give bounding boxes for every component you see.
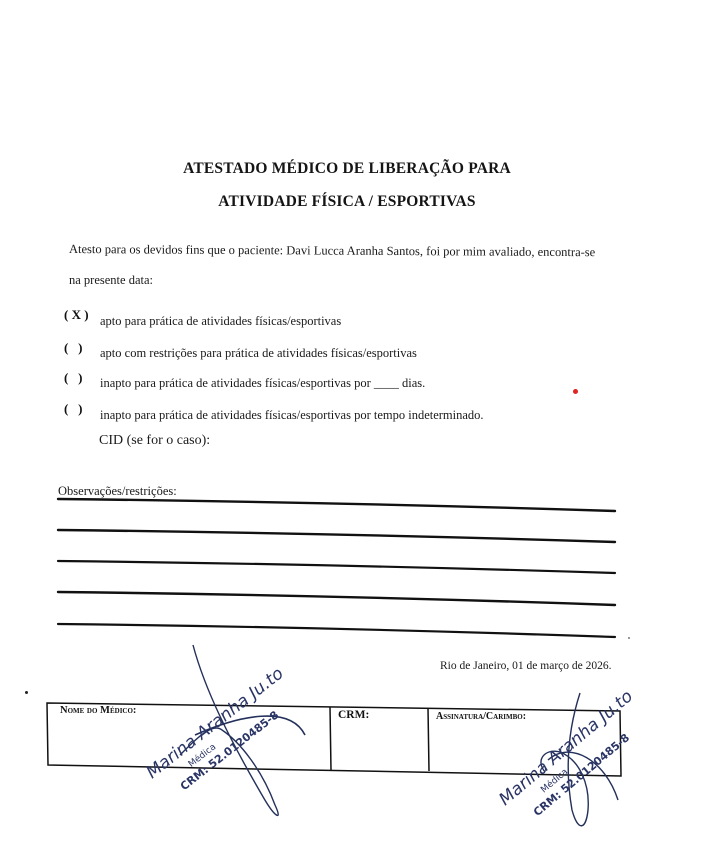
cid-label: CID (se for o caso): (99, 433, 210, 449)
doctor-stamp-left: Marina Aranha Ju.to Médica CRM: 52.01204… (143, 645, 305, 815)
option-checkbox-apto-com-restricoes[interactable]: ( ) (64, 340, 82, 356)
option-label-apto: apto para prática de atividades físicas/… (100, 314, 341, 329)
intro-text-line-1: Atesto para os devidos fins que o pacien… (69, 242, 595, 260)
stamp-crm: CRM: 52.0120485-8 (178, 708, 281, 793)
place-date: Rio de Janeiro, 01 de março de 2026. (440, 660, 612, 672)
doctor-stamp-right: Marina Aranha Ju.to Médica CRM: 52.01204… (495, 686, 654, 830)
option-label-inapto-dias: inapto para prática de atividades física… (100, 376, 425, 391)
crm-label: CRM: (338, 709, 369, 721)
signature-stamp-label: Assinatura/Carimbo: (436, 711, 526, 722)
option-label-apto-com-restricoes: apto com restrições para prática de ativ… (100, 346, 417, 361)
intro-text-line-2: na presente data: (69, 273, 153, 288)
stamp-role: Médica (186, 741, 218, 769)
option-checkbox-inapto-indeterminado[interactable]: ( ) (64, 401, 82, 417)
observations-label: Observações/restrições: (58, 484, 177, 499)
scan-speck (628, 637, 630, 639)
document-title-line-2: ATIVIDADE FÍSICA / ESPORTIVAS (0, 193, 694, 211)
scan-speck (25, 691, 28, 694)
stamp-crm-right: CRM: 52.0120485-8 (531, 731, 632, 819)
stamp-name-right: Marina Aranha Ju.to (495, 686, 637, 809)
doctor-name-label: Nome do Médico: (60, 705, 136, 716)
stamp-role-right: Médica (539, 766, 571, 795)
red-dot-mark (573, 389, 578, 394)
observation-lines (58, 499, 615, 637)
document-title-line-1: ATESTADO MÉDICO DE LIBERAÇÃO PARA (0, 160, 694, 178)
option-checkbox-apto[interactable]: ( X ) (64, 307, 89, 323)
option-label-inapto-indeterminado: inapto para prática de atividades física… (100, 408, 484, 423)
option-checkbox-inapto-dias[interactable]: ( ) (64, 370, 82, 386)
stamp-name: Marina Aranha Ju.to (143, 664, 288, 783)
